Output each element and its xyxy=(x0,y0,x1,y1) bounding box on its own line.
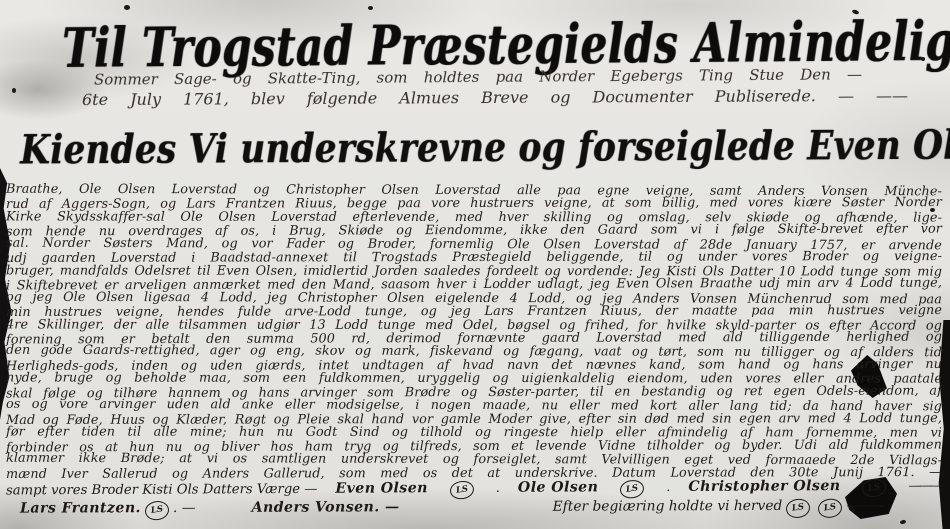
signature-name-lars-frantzen: Lars Frantzen. xyxy=(20,502,141,517)
wax-seal-mark: LS xyxy=(861,477,888,499)
separator: . xyxy=(666,481,670,495)
flourish-dash: ——— xyxy=(847,499,882,514)
wax-seal-mark: LS xyxy=(144,500,171,522)
separator: . — xyxy=(173,501,196,516)
wax-seal-mark: LS xyxy=(817,498,844,520)
deed-heading: Kiendes Vi underskrevne og forseiglede E… xyxy=(20,109,938,190)
signature-row-2: Lars Frantzen. LS . — Anders Vonsen. — E… xyxy=(6,499,942,521)
flourish-dash: ——— xyxy=(908,480,942,495)
guardian-note: sampt vores Broder Kisti Ols Datters Vær… xyxy=(6,483,318,499)
deed-heading-text: Kiendes Vi underskrevne og forseiglede E… xyxy=(20,109,950,187)
signature-name-ole-olsen: Ole Olsen xyxy=(518,480,598,495)
deed-body: Braathe, Ole Olsen Loverstad og Christop… xyxy=(6,184,942,519)
signature-name-christopher-olsen: Christopher Olsen xyxy=(688,479,840,494)
separator: . xyxy=(496,482,500,496)
signature-name-even-olsen: Even Olsen xyxy=(335,481,427,496)
wax-seal-mark: LS xyxy=(785,498,812,520)
witness-seal-group: Efter begiæring holdte vi herved LS LS —… xyxy=(553,499,882,519)
signature-name-anders-vonsen: Anders Vonsen. — xyxy=(252,501,400,517)
manuscript-scan: Til Trogstad Præstegields Almindelige So… xyxy=(0,0,950,529)
ink-speck xyxy=(12,88,16,93)
wax-seal-mark: LS xyxy=(449,479,476,501)
witness-note: Efter begiæring holdte vi herved xyxy=(553,499,783,515)
wax-seal-mark: LS xyxy=(619,478,646,500)
